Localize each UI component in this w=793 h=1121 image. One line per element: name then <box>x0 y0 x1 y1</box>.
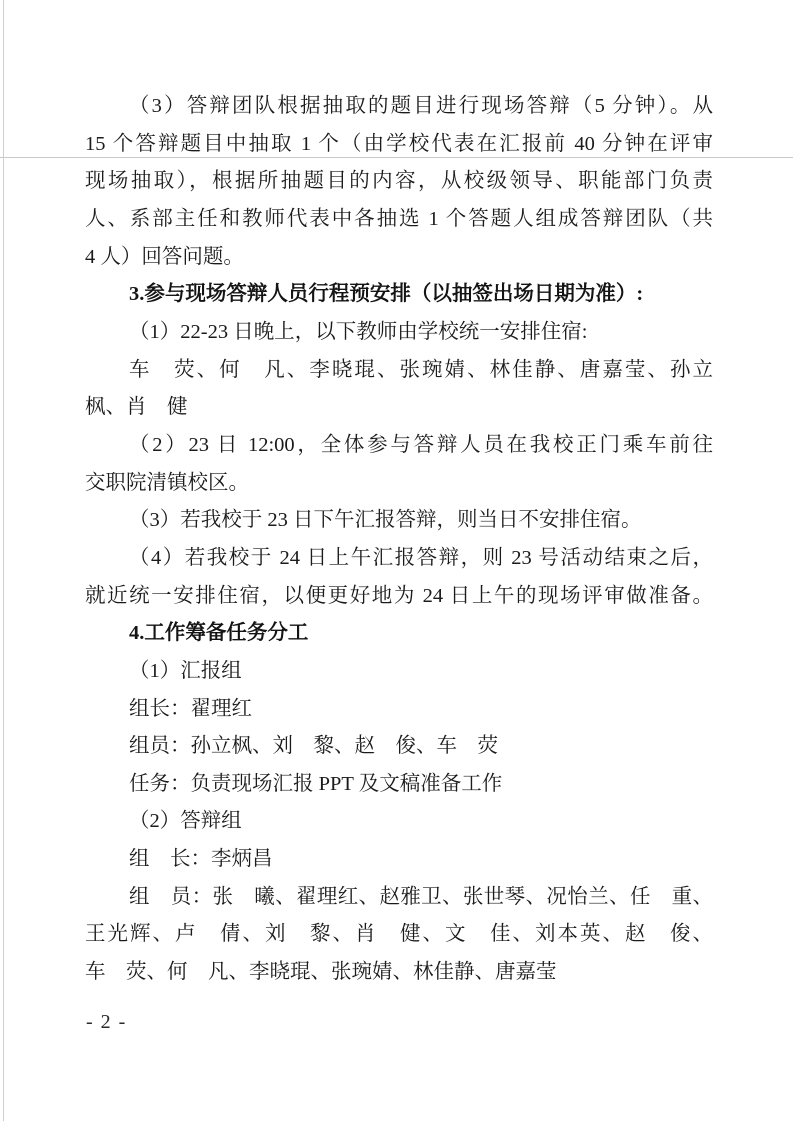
text-line: 任务：负责现场汇报 PPT 及文稿准备工作 <box>85 766 713 804</box>
text-line: 交职院清镇校区。 <box>85 465 713 503</box>
scan-edge-line <box>3 0 4 1121</box>
text-line: 组长：翟理红 <box>85 691 713 729</box>
heading-line: 3.参与现场答辩人员行程预安排（以抽签出场日期为准）: <box>85 276 713 314</box>
text-line: （2）23 日 12:00，全体参与答辩人员在我校正门乘车前往 <box>85 427 713 465</box>
text-line: 枫、肖 健 <box>85 389 713 427</box>
page-number: - 2 - <box>86 1011 127 1034</box>
document-page: （3）答辩团队根据抽取的题目进行现场答辩（5 分钟）。从15 个答辩题目中抽取 … <box>0 0 793 1121</box>
heading-line: 4.工作筹备任务分工 <box>85 615 713 653</box>
text-line: 组员：孙立枫、刘 黎、赵 俊、车 荧 <box>85 728 713 766</box>
text-line: 车 荧、何 凡、李晓琨、张琬婧、林佳静、唐嘉莹、孙立 <box>85 352 713 390</box>
text-line: 15 个答辩题目中抽取 1 个（由学校代表在汇报前 40 分钟在评审 <box>85 126 713 164</box>
text-line: （1）汇报组 <box>85 653 713 691</box>
text-line: 4 人）回答问题。 <box>85 239 713 277</box>
text-line: 人、系部主任和教师代表中各抽选 1 个答题人组成答辩团队（共 <box>85 201 713 239</box>
text-line: 组 长：李炳昌 <box>85 841 713 879</box>
text-line: 就近统一安排住宿，以便更好地为 24 日上午的现场评审做准备。 <box>85 578 713 616</box>
text-line: 王光辉、卢 倩、刘 黎、肖 健、文 佳、刘本英、赵 俊、 <box>85 916 713 954</box>
text-line: （1）22-23 日晚上，以下教师由学校统一安排住宿: <box>85 314 713 352</box>
document-body: （3）答辩团队根据抽取的题目进行现场答辩（5 分钟）。从15 个答辩题目中抽取 … <box>85 88 713 992</box>
text-line: 现场抽取），根据所抽题目的内容，从校级领导、职能部门负责 <box>85 163 713 201</box>
text-line: （2）答辩组 <box>85 803 713 841</box>
text-line: 组 员：张 曦、翟理红、赵雅卫、张世琴、况怡兰、任 重、 <box>85 879 713 917</box>
text-line: （4）若我校于 24 日上午汇报答辩，则 23 号活动结束之后， <box>85 540 713 578</box>
text-line: 车 荧、何 凡、李晓琨、张琬婧、林佳静、唐嘉莹 <box>85 954 713 992</box>
text-line: （3）若我校于 23 日下午汇报答辩，则当日不安排住宿。 <box>85 502 713 540</box>
text-line: （3）答辩团队根据抽取的题目进行现场答辩（5 分钟）。从 <box>85 88 713 126</box>
